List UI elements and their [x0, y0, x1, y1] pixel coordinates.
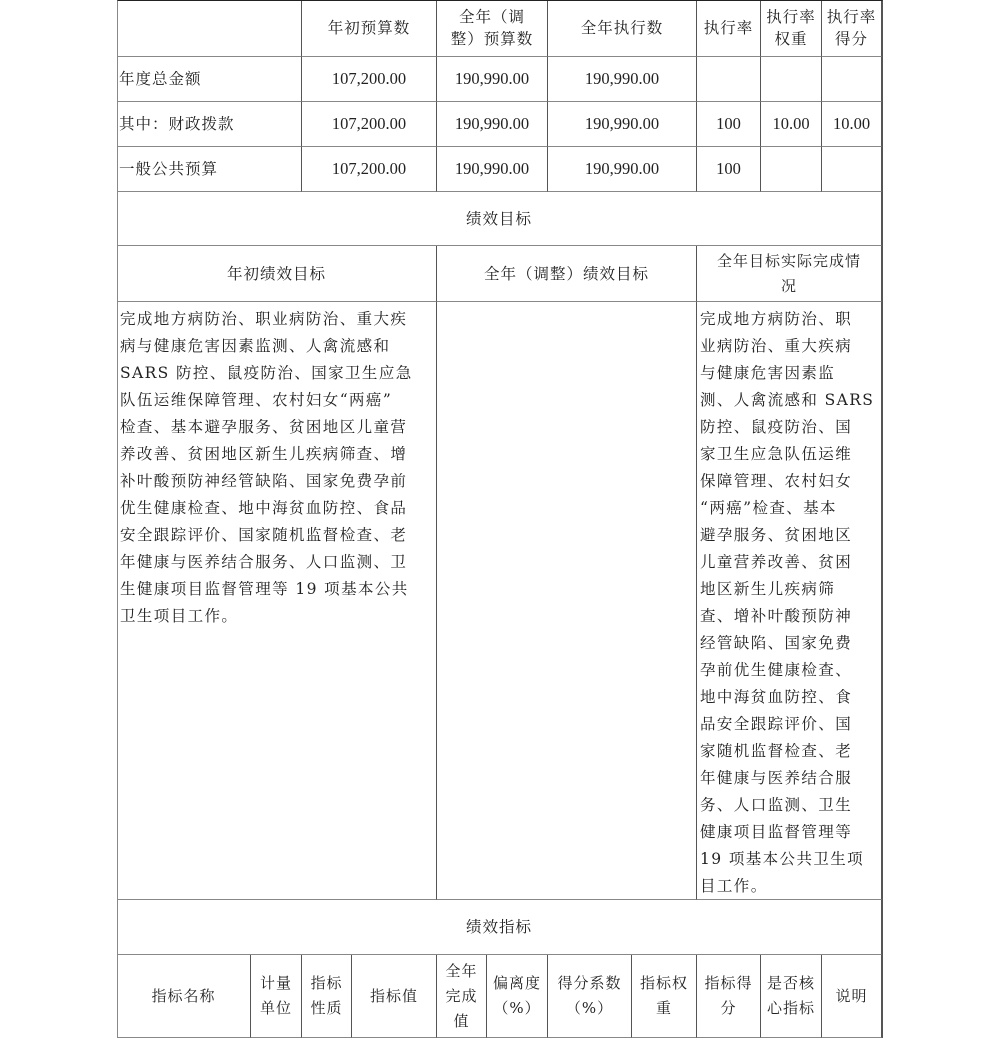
- text-line: （%）: [557, 996, 621, 1021]
- text-line: 指标名称: [151, 984, 215, 1009]
- text-line: 单位: [260, 996, 292, 1021]
- cell-adjusted: 190,990.00: [437, 57, 548, 102]
- text-line: 队伍运维保障管理、农村妇女“两癌”: [120, 387, 434, 414]
- text-line: 测、人禽流感和 SARS: [700, 387, 879, 414]
- actual-completion-text-text: 完成地方病防治、职业病防治、重大疾病与健康危害因素监测、人禽流感和 SARS防控…: [700, 306, 879, 900]
- text-line: 100: [716, 113, 741, 135]
- header-rate: 执行率: [697, 0, 761, 57]
- initial-goal-text: 完成地方病防治、职业病防治、重大疾病与健康危害因素监测、人禽流感和SARS 防控…: [117, 302, 437, 900]
- text-line: 卫生项目工作。: [120, 603, 434, 630]
- text-line: 保障管理、农村妇女: [700, 468, 879, 495]
- row-label: 其中：财政拨款: [117, 102, 302, 147]
- text-line: 全年（调整）绩效目标: [484, 263, 649, 285]
- indicator-header-deviation: 偏离度（%）: [487, 955, 548, 1038]
- header-rate-text: 执行率: [704, 17, 754, 39]
- initial-goal-text-text: 完成地方病防治、职业病防治、重大疾病与健康危害因素监测、人禽流感和SARS 防控…: [120, 306, 434, 630]
- text-line: 值: [445, 1009, 477, 1034]
- text-line: 业病防治、重大疾病: [700, 333, 879, 360]
- text-line: 19 项基本公共卫生项: [700, 846, 879, 873]
- cell-weight: [761, 57, 822, 102]
- text-line: “两癌”检查、基本: [700, 495, 879, 522]
- header-initial-budget: 年初预算数: [302, 0, 437, 57]
- text-line: 家卫生应急队伍运维: [700, 441, 879, 468]
- text-line: 完成地方病防治、职业病防治、重大疾: [120, 306, 434, 333]
- text-line: （%）: [493, 996, 541, 1021]
- indicator-header-note-text: 说明: [835, 984, 867, 1009]
- text-line: 指标值: [370, 984, 418, 1009]
- text-line: 说明: [835, 984, 867, 1009]
- text-line: 107,200.00: [332, 158, 406, 180]
- indicator-header-value: 指标值: [352, 955, 437, 1038]
- text-line: 绩效指标: [466, 916, 532, 938]
- cell-score: [822, 57, 882, 102]
- header-blank: [117, 0, 302, 57]
- text-line: 品安全跟踪评价、国: [700, 711, 879, 738]
- text-line: 心指标: [767, 996, 815, 1021]
- indicator-header-deviation-text: 偏离度（%）: [493, 971, 541, 1021]
- text-line: 性质: [310, 996, 342, 1021]
- text-line: 全年目标实际完成情: [717, 249, 861, 274]
- row-label-text: 其中：财政拨款: [119, 113, 235, 135]
- cell-rate-text: 100: [716, 158, 741, 180]
- cell-weight: [761, 147, 822, 192]
- text-line: 执行率: [827, 6, 877, 28]
- indicator-header-unit: 计量单位: [251, 955, 302, 1038]
- cell-initial: 107,200.00: [302, 147, 437, 192]
- text-line: 养改善、贫困地区新生儿疾病筛查、增: [120, 441, 434, 468]
- indicator-header-value-text: 指标值: [370, 984, 418, 1009]
- header-executed: 全年执行数: [548, 0, 697, 57]
- indicator-header-name: 指标名称: [117, 955, 251, 1038]
- text-line: 与健康危害因素监: [700, 360, 879, 387]
- header-rate-weight: 执行率权重: [761, 0, 822, 57]
- text-line: 全年执行数: [581, 17, 664, 39]
- cell-executed: 190,990.00: [548, 102, 697, 147]
- cell-score: 10.00: [822, 102, 882, 147]
- cell-weight: 10.00: [761, 102, 822, 147]
- text-line: 年度总金额: [119, 68, 202, 90]
- text-line: 其中：财政拨款: [119, 113, 235, 135]
- text-line: 安全跟踪评价、国家随机监督检查、老: [120, 522, 434, 549]
- text-line: 是否核: [767, 971, 815, 996]
- text-line: 190,990.00: [585, 158, 659, 180]
- cell-weight-text: 10.00: [772, 113, 809, 135]
- header-rate-score-text: 执行率得分: [827, 6, 877, 50]
- indicator-header-coef: 得分系数（%）: [548, 955, 632, 1038]
- header-actual-completion-text: 全年目标实际完成情况: [717, 249, 861, 299]
- text-line: 指标得: [704, 971, 752, 996]
- indicator-header-core: 是否核心指标: [761, 955, 822, 1038]
- text-line: 107,200.00: [332, 68, 406, 90]
- cell-score: [822, 147, 882, 192]
- cell-score-text: 10.00: [833, 113, 870, 135]
- indicator-header-nature-text: 指标性质: [310, 971, 342, 1021]
- text-line: 完成: [445, 984, 477, 1009]
- text-line: 指标: [310, 971, 342, 996]
- text-line: 况: [717, 274, 861, 299]
- text-line: 10.00: [772, 113, 809, 135]
- text-line: 年健康与医养结合服务、人口监测、卫: [120, 549, 434, 576]
- indicator-header-name-text: 指标名称: [151, 984, 215, 1009]
- text-line: SARS 防控、鼠疫防治、国家卫生应急: [120, 360, 434, 387]
- text-line: 指标权: [640, 971, 688, 996]
- cell-executed: 190,990.00: [548, 57, 697, 102]
- cell-rate-text: 100: [716, 113, 741, 135]
- text-line: 偏离度: [493, 971, 541, 996]
- indicator-header-note: 说明: [822, 955, 882, 1038]
- text-line: 190,990.00: [455, 68, 529, 90]
- text-line: 100: [716, 158, 741, 180]
- actual-completion-text: 完成地方病防治、职业病防治、重大疾病与健康危害因素监测、人禽流感和 SARS防控…: [697, 302, 882, 900]
- text-line: 107,200.00: [332, 113, 406, 135]
- cell-adjusted: 190,990.00: [437, 102, 548, 147]
- cell-rate: [697, 57, 761, 102]
- indicator-header-completed: 全年完成值: [437, 955, 487, 1038]
- cell-initial: 107,200.00: [302, 57, 437, 102]
- cell-adjusted-text: 190,990.00: [455, 68, 529, 90]
- header-initial-goal: 年初绩效目标: [117, 246, 437, 302]
- header-initial-goal-text: 年初绩效目标: [227, 263, 326, 285]
- text-line: 儿童营养改善、贫困: [700, 549, 879, 576]
- text-line: 检查、基本避孕服务、贫困地区儿童营: [120, 414, 434, 441]
- adjusted-goal-text: [437, 302, 697, 900]
- section-title-indicators-text: 绩效指标: [466, 916, 532, 938]
- header-actual-completion: 全年目标实际完成情况: [697, 246, 882, 302]
- section-title-goals: 绩效目标: [117, 192, 882, 246]
- text-line: 年健康与医养结合服: [700, 765, 879, 792]
- header-rate-score: 执行率得分: [822, 0, 882, 57]
- cell-rate: 100: [697, 102, 761, 147]
- row-label: 年度总金额: [117, 57, 302, 102]
- text-line: 190,990.00: [585, 113, 659, 135]
- indicator-header-score: 指标得分: [697, 955, 761, 1038]
- header-adjusted-goal-text: 全年（调整）绩效目标: [484, 263, 649, 285]
- text-line: 执行率: [766, 6, 816, 28]
- text-line: 地区新生儿疾病筛: [700, 576, 879, 603]
- cell-executed-text: 190,990.00: [585, 158, 659, 180]
- text-line: 重: [640, 996, 688, 1021]
- text-line: 权重: [766, 28, 816, 50]
- text-line: 经管缺陷、国家免费: [700, 630, 879, 657]
- cell-initial-text: 107,200.00: [332, 68, 406, 90]
- text-line: 190,990.00: [455, 158, 529, 180]
- text-line: 分: [704, 996, 752, 1021]
- text-line: 完成地方病防治、职: [700, 306, 879, 333]
- cell-initial-text: 107,200.00: [332, 113, 406, 135]
- text-line: 病与健康危害因素监测、人禽流感和: [120, 333, 434, 360]
- text-line: 年初预算数: [328, 17, 411, 39]
- text-line: 整）预算数: [451, 28, 534, 50]
- text-line: 查、增补叶酸预防神: [700, 603, 879, 630]
- text-line: 务、人口监测、卫生: [700, 792, 879, 819]
- text-line: 全年（调: [451, 6, 534, 28]
- indicator-header-weight: 指标权重: [632, 955, 697, 1038]
- header-initial-budget-text: 年初预算数: [328, 17, 411, 39]
- text-line: 地中海贫血防控、食: [700, 684, 879, 711]
- header-adjusted-budget-text: 全年（调整）预算数: [451, 6, 534, 50]
- cell-executed-text: 190,990.00: [585, 68, 659, 90]
- text-line: 得分: [827, 28, 877, 50]
- indicator-header-weight-text: 指标权重: [640, 971, 688, 1021]
- cell-adjusted: 190,990.00: [437, 147, 548, 192]
- text-line: 孕前优生健康检查、: [700, 657, 879, 684]
- text-line: 生健康项目监督管理等 19 项基本公共: [120, 576, 434, 603]
- cell-adjusted-text: 190,990.00: [455, 158, 529, 180]
- cell-adjusted-text: 190,990.00: [455, 113, 529, 135]
- text-line: 年初绩效目标: [227, 263, 326, 285]
- indicator-header-unit-text: 计量单位: [260, 971, 292, 1021]
- header-adjusted-budget: 全年（调整）预算数: [437, 0, 548, 57]
- text-line: 避孕服务、贫困地区: [700, 522, 879, 549]
- row-label: 一般公共预算: [117, 147, 302, 192]
- cell-initial: 107,200.00: [302, 102, 437, 147]
- text-line: 目工作。: [700, 873, 879, 900]
- text-line: 一般公共预算: [119, 158, 218, 180]
- text-line: 全年: [445, 959, 477, 984]
- text-line: 防控、鼠疫防治、国: [700, 414, 879, 441]
- indicator-header-coef-text: 得分系数（%）: [557, 971, 621, 1021]
- text-line: 家随机监督检查、老: [700, 738, 879, 765]
- header-executed-text: 全年执行数: [581, 17, 664, 39]
- cell-executed-text: 190,990.00: [585, 113, 659, 135]
- text-line: 190,990.00: [455, 113, 529, 135]
- section-title-goals-text: 绩效目标: [466, 208, 532, 230]
- text-line: 190,990.00: [585, 68, 659, 90]
- text-line: 优生健康检查、地中海贫血防控、食品: [120, 495, 434, 522]
- indicator-header-completed-text: 全年完成值: [445, 959, 477, 1034]
- cell-initial-text: 107,200.00: [332, 158, 406, 180]
- text-line: 健康项目监督管理等: [700, 819, 879, 846]
- cell-rate: 100: [697, 147, 761, 192]
- text-line: 计量: [260, 971, 292, 996]
- text-line: 得分系数: [557, 971, 621, 996]
- row-label-text: 一般公共预算: [119, 158, 218, 180]
- row-label-text: 年度总金额: [119, 68, 202, 90]
- text-line: 补叶酸预防神经管缺陷、国家免费孕前: [120, 468, 434, 495]
- header-rate-weight-text: 执行率权重: [766, 6, 816, 50]
- indicator-header-nature: 指标性质: [302, 955, 352, 1038]
- cell-executed: 190,990.00: [548, 147, 697, 192]
- header-adjusted-goal: 全年（调整）绩效目标: [437, 246, 697, 302]
- section-title-indicators: 绩效指标: [117, 900, 882, 955]
- text-line: 执行率: [704, 17, 754, 39]
- text-line: 10.00: [833, 113, 870, 135]
- text-line: 绩效目标: [466, 208, 532, 230]
- indicator-header-score-text: 指标得分: [704, 971, 752, 1021]
- indicator-header-core-text: 是否核心指标: [767, 971, 815, 1021]
